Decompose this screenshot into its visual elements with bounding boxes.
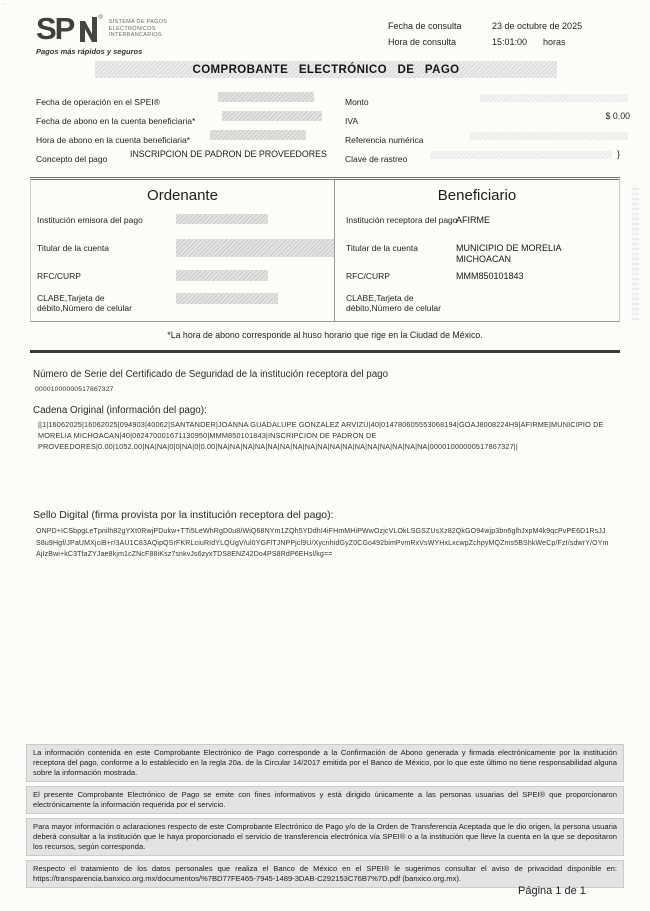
field-label: Fecha de operación en el SPEI® — [36, 97, 160, 107]
fecha-consulta-row: Fecha de consulta 23 de octubre de 2025 — [388, 21, 582, 31]
legal-paragraph: El presente Comprobante Electrónico de P… — [26, 786, 624, 814]
hora-consulta-unit: horas — [543, 37, 566, 47]
section-divider-rule — [30, 350, 620, 353]
certificate-serial-heading: Número de Serie del Certificado de Segur… — [33, 369, 388, 380]
legal-paragraph: Para mayor información o aclaraciones re… — [26, 818, 624, 856]
field-label: CLABE,Tarjeta de débito,Número de celula… — [37, 293, 155, 313]
field-monto: Monto — [345, 92, 369, 104]
redacted-value — [176, 293, 278, 304]
redacted-value — [210, 130, 306, 140]
redacted-value — [176, 270, 268, 281]
spei-logo-row: SP ® SISTEMA DE PAGOS ELECTRÓNICOS INTER… — [36, 15, 167, 43]
cadena-line: PROVEEDORES|0.00|1052.00|NA|NA|0|0|NA|0|… — [38, 441, 604, 452]
fecha-consulta-label: Fecha de consulta — [388, 21, 492, 31]
clave-rastreo-suffix: } — [617, 149, 620, 159]
spei-payment-receipt: ····· SP ® SISTEMA DE PAGOS ELECTRÓNICOS… — [0, 0, 650, 911]
field-label: Titular de la cuenta — [346, 243, 418, 253]
redacted-value — [176, 214, 268, 224]
field-label: Concepto del pago — [36, 154, 107, 164]
spei-logo: SP ® SISTEMA DE PAGOS ELECTRÓNICOS INTER… — [36, 15, 167, 56]
hora-consulta-label: Hora de consulta — [388, 37, 492, 47]
legal-paragraph: La información contenida en este Comprob… — [26, 744, 624, 782]
field-referencia-numerica: Referencia numérica — [345, 130, 423, 142]
field-label: IVA — [345, 116, 358, 126]
ordenante-heading: Ordenante — [31, 187, 334, 204]
redacted-value — [430, 151, 612, 159]
page-number: Página 1 de 1 — [518, 885, 586, 897]
hora-consulta-value: 15:01:00 — [492, 37, 527, 47]
redacted-value — [222, 111, 322, 121]
spei-logo-sp-text: SP — [36, 15, 73, 43]
legal-notes: La información contenida en este Comprob… — [26, 744, 624, 892]
hora-consulta-row: Hora de consulta 15:01:00 horas — [388, 37, 582, 47]
redacted-value — [480, 94, 628, 102]
institucion-receptora-value: AFIRME — [456, 215, 490, 225]
timezone-footnote: *La hora de abono corresponde al huso ho… — [40, 330, 610, 340]
ordenante-panel: Ordenante Institución emisora del pago T… — [31, 180, 334, 321]
field-label: Referencia numérica — [345, 135, 423, 145]
redacted-value — [218, 92, 314, 102]
beneficiario-panel: Beneficiario Institución receptora del p… — [334, 180, 620, 321]
field-label: RFC/CURP — [37, 271, 81, 281]
field-hora-abono: Hora de abono en la cuenta beneficiaria* — [36, 130, 190, 142]
iva-value: $ 0.00 — [575, 111, 630, 121]
parties-box: Ordenante Institución emisora del pago T… — [30, 177, 620, 322]
consulta-header: Fecha de consulta 23 de octubre de 2025 … — [388, 21, 582, 53]
registered-mark: ® — [98, 15, 102, 21]
system-name-line: SISTEMA DE PAGOS — [109, 19, 168, 26]
cadena-line: MORELIA MICHOACAN|40|062470001671130950|… — [38, 430, 604, 441]
cadena-original-value: ||1|16062025|16062025|094903|40062|SANTA… — [38, 419, 604, 452]
redacted-value — [470, 132, 628, 140]
scan-edge-artifact — [632, 185, 639, 320]
beneficiario-heading: Beneficiario — [334, 187, 620, 204]
field-label: Clave de rastreo — [345, 154, 407, 164]
sello-digital-heading: Sello Digital (firma provista por la ins… — [33, 509, 334, 521]
field-label: Hora de abono en la cuenta beneficiaria* — [36, 135, 190, 145]
field-label: Institución receptora del pago — [346, 215, 458, 225]
sello-line: ONPD+ICSbpgLeTpnilh82gYXt0RwjPDukw+TTi5L… — [36, 526, 609, 538]
field-label: Titular de la cuenta — [37, 243, 109, 253]
document-title-bar: COMPROBANTE ELECTRÓNICO DE PAGO — [95, 61, 557, 78]
cadena-original-heading: Cadena Original (información del pago): — [33, 405, 207, 416]
cadena-line: ||1|16062025|16062025|094903|40062|SANTA… — [38, 419, 604, 430]
redacted-value — [176, 239, 334, 257]
certificate-serial-value: 00001000000517867327 — [35, 384, 114, 395]
field-concepto-pago: Concepto del pago INSCRIPCION DE PADRON … — [36, 149, 107, 161]
concepto-pago-value: INSCRIPCION DE PADRON DE PROVEEDORES — [130, 149, 327, 159]
legal-paragraph: Respecto el tratamiento de los datos per… — [26, 860, 624, 888]
fecha-consulta-value: 23 de octubre de 2025 — [492, 21, 582, 31]
system-name-line: INTERBANCARIOS — [109, 32, 168, 39]
field-label: CLABE,Tarjeta de débito,Número de celula… — [346, 293, 468, 313]
panel-divider — [334, 180, 335, 321]
field-clave-rastreo: Clave de rastreo } — [345, 149, 407, 161]
titular-cuenta-value: MUNICIPIO DE MORELIA MICHOACAN — [456, 243, 568, 264]
spei-tagline: Pagos más rápidos y seguros — [36, 47, 167, 56]
spei-logo-arrow-glyph — [80, 17, 97, 42]
document-title: COMPROBANTE ELECTRÓNICO DE PAGO — [192, 64, 459, 76]
field-label: Monto — [345, 97, 369, 107]
field-label: RFC/CURP — [346, 271, 390, 281]
sello-line: S8u9Hgf/JPaUMXjciB+r/3AU1C83AQipQSrFKRLc… — [36, 538, 609, 550]
sello-line: AjIzBwi+kC3TfaZYJae8kjm1cZNcF88iKsz7snkv… — [36, 549, 609, 561]
sello-digital-value: ONPD+ICSbpgLeTpnilh82gYXt0RwjPDukw+TTi5L… — [36, 526, 609, 561]
field-iva: IVA $ 0.00 — [345, 111, 358, 123]
scan-artifact: ····· — [2, 2, 6, 7]
field-fecha-operacion: Fecha de operación en el SPEI® — [36, 92, 160, 104]
field-label: Institución emisora del pago — [37, 215, 143, 225]
spei-system-name: SISTEMA DE PAGOS ELECTRÓNICOS INTERBANCA… — [109, 19, 168, 39]
rfc-curp-value: MMM850101843 — [456, 271, 524, 281]
field-fecha-abono: Fecha de abono en la cuenta beneficiaria… — [36, 111, 195, 123]
field-label: Fecha de abono en la cuenta beneficiaria… — [36, 116, 195, 126]
